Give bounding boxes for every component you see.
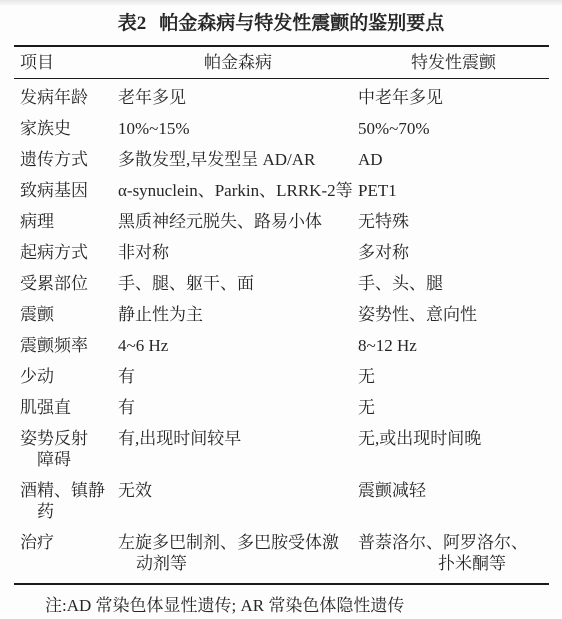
table-cell-parkinson: 静止性为主 [118,304,358,325]
table-row: 受累部位手、腿、躯干、面手、头、腿 [14,268,549,299]
table-cell-essential-tremor: 无 [358,397,549,418]
table-cell-parkinson: 老年多见 [118,87,358,108]
scan-artifact-top-edge [0,0,562,5]
table-row: 酒精、镇静 药无效震颤减轻 [14,475,549,527]
column-header-essential-tremor: 特发性震颤 [358,52,549,73]
table-caption: 表2帕金森病与特发性震颤的鉴别要点 [0,11,562,37]
table-body: 发病年龄老年多见中老年多见家族史10%~15%50%~70%遗传方式多散发型,早… [14,79,549,583]
table-cell-essential-tremor: 无 [358,366,549,387]
table-cell-item: 震颤频率 [14,335,118,356]
table-row: 震颤静止性为主姿势性、意向性 [14,299,549,330]
table-cell-parkinson: 多散发型,早发型呈 AD/AR [118,149,358,170]
table-cell-essential-tremor: 多对称 [358,242,549,263]
table-cell-parkinson: 手、腿、躯干、面 [118,273,358,294]
table-cell-item: 病理 [14,211,118,232]
table-row: 病理黑质神经元脱失、路易小体无特殊 [14,206,549,237]
table-cell-parkinson: 有 [118,397,358,418]
table-cell-parkinson: 4~6 Hz [118,335,358,356]
table-cell-parkinson: 无效 [118,480,358,522]
table-cell-item: 发病年龄 [14,87,118,108]
scanned-table-page: 表2帕金森病与特发性震颤的鉴别要点 项目 帕金森病 特发性震颤 发病年龄老年多见… [0,11,562,616]
table-footnote: 注:AD 常染色体显性遗传; AR 常染色体隐性遗传 [45,596,562,616]
table-row: 致病基因α-synuclein、Parkin、LRRK-2等PET1 [14,175,549,206]
table-header-row: 项目 帕金森病 特发性震颤 [14,47,549,78]
table-row: 家族史10%~15%50%~70% [14,113,549,144]
table-cell-essential-tremor: 手、头、腿 [358,273,549,294]
table-cell-item: 家族史 [14,118,118,139]
table-row: 治疗左旋多巴制剂、多巴胺受体激 动剂等普萘洛尔、阿罗洛尔、 扑米酮等 [14,527,549,579]
table-cell-parkinson: 非对称 [118,242,358,263]
table-cell-essential-tremor: 姿势性、意向性 [358,304,549,325]
table-row: 肌强直有无 [14,392,549,423]
table-cell-item: 起病方式 [14,242,118,263]
table-row: 起病方式非对称多对称 [14,237,549,268]
table-cell-essential-tremor: PET1 [358,180,549,201]
table-cell-essential-tremor: 50%~70% [358,118,549,139]
table-cell-parkinson: 左旋多巴制剂、多巴胺受体激 动剂等 [118,532,358,574]
table-cell-essential-tremor: 中老年多见 [358,87,549,108]
table-row: 发病年龄老年多见中老年多见 [14,82,549,113]
table-cell-parkinson: α-synuclein、Parkin、LRRK-2等 [118,180,358,201]
table-number: 表2 [118,13,147,34]
table-cell-item: 震颤 [14,304,118,325]
table-row: 姿势反射 障碍有,出现时间较早无,或出现时间晚 [14,423,549,475]
table-cell-item: 致病基因 [14,180,118,201]
table-cell-item: 遗传方式 [14,149,118,170]
table-cell-essential-tremor: 8~12 Hz [358,335,549,356]
table-cell-item: 姿势反射 障碍 [14,428,118,470]
table-cell-parkinson: 有,出现时间较早 [118,428,358,470]
column-header-item: 项目 [14,52,118,73]
table-row: 少动有无 [14,361,549,392]
table-caption-text: 帕金森病与特发性震颤的鉴别要点 [159,13,444,34]
table-row: 震颤频率4~6 Hz8~12 Hz [14,330,549,361]
table-cell-essential-tremor: 无特殊 [358,211,549,232]
comparison-table: 项目 帕金森病 特发性震颤 发病年龄老年多见中老年多见家族史10%~15%50%… [14,45,549,585]
table-row: 遗传方式多散发型,早发型呈 AD/ARAD [14,144,549,175]
table-cell-item: 受累部位 [14,273,118,294]
table-bottom-rule [14,583,549,585]
table-cell-essential-tremor: 无,或出现时间晚 [358,428,549,470]
table-cell-essential-tremor: AD [358,149,549,170]
table-cell-item: 少动 [14,366,118,387]
table-cell-item: 酒精、镇静 药 [14,480,118,522]
table-cell-essential-tremor: 震颤减轻 [358,480,549,522]
table-cell-item: 肌强直 [14,397,118,418]
table-cell-item: 治疗 [14,532,118,574]
table-cell-parkinson: 10%~15% [118,118,358,139]
table-cell-essential-tremor: 普萘洛尔、阿罗洛尔、 扑米酮等 [358,532,549,574]
table-cell-parkinson: 黑质神经元脱失、路易小体 [118,211,358,232]
column-header-parkinson: 帕金森病 [118,52,358,73]
table-cell-parkinson: 有 [118,366,358,387]
